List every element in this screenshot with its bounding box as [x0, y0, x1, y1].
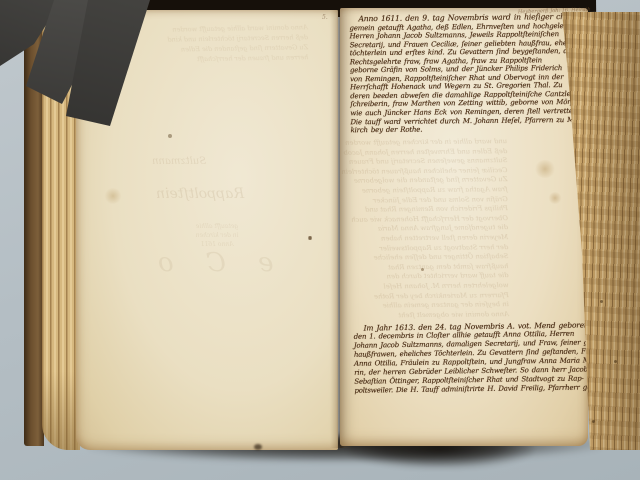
left-page-bleedthrough-word: Rappoltſtein [156, 186, 244, 202]
handwriting-line: in der kirchen [162, 231, 272, 240]
stain [600, 300, 603, 303]
stain [309, 236, 312, 240]
handwriting-line: getaufft allhie [162, 222, 272, 231]
right-page-bleedthrough: und ward allhie in der kirchen getaufft … [343, 137, 509, 321]
left-page-bleedthrough-center: getaufft allhiein der kirchenAnno 1611 [162, 222, 272, 249]
baptism-entry-1613: Im Jahr 1613. den 24. tag Novembris A. v… [354, 320, 601, 395]
stain [592, 420, 595, 423]
book-weight-strap [0, 0, 200, 150]
stain [614, 360, 617, 363]
page-edge-tear [254, 444, 262, 450]
stain [104, 188, 122, 204]
left-page-bleedthrough-word: Sultzmann [152, 156, 206, 167]
stain [548, 192, 562, 204]
archive-photo-manuscript-book: Anno domini ward allhie getaufft wordend… [0, 0, 640, 480]
stain [421, 268, 424, 271]
left-page-bleedthrough-flourish: e C o [146, 248, 273, 278]
handwriting-line: Anno domini wie obgemelt ſteht [345, 310, 509, 321]
handwriting-line: kirch bey der Rothe. [351, 124, 601, 135]
stain [534, 160, 556, 178]
baptism-entry-1611: Anno 1611. den 9. tag Novembris ward in … [349, 13, 600, 135]
margin-mark: 5. [322, 14, 328, 21]
right-page: Heybergerß Joh: 16. Heirath 5. Anno 1611… [340, 8, 588, 446]
